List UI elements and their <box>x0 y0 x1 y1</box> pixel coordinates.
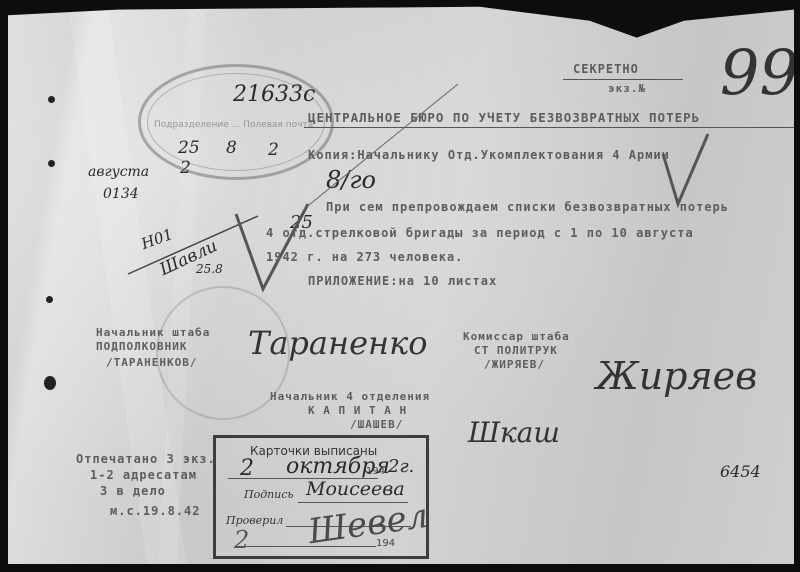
center-signer-name: /ШАШЕВ/ <box>350 418 403 431</box>
right-signature: Жиряев <box>596 354 757 398</box>
cards-year-suffix: 2г. <box>388 456 414 477</box>
right-signer-name: /ЖИРЯЕВ/ <box>484 358 545 371</box>
left-signer-name: /ТАРАНЕНКОВ/ <box>106 356 197 369</box>
center-signer-title: Начальник 4 отделения <box>270 390 430 403</box>
center-signer-rank: К А П И Т А Н <box>308 404 407 417</box>
body-line: При сем препровождаем списки безвозвратн… <box>326 200 729 214</box>
right-signer-title: Комиссар штаба <box>463 330 570 343</box>
cards-issued-stamp: Карточки выписаны 2 октября 194 2г. Подп… <box>213 435 429 559</box>
body-line: 1942 г. на 273 человека. <box>266 250 463 264</box>
checked-day: 2 <box>234 526 249 554</box>
printing-note: м.с.19.8.42 <box>110 504 200 518</box>
printing-note: 3 в дело <box>100 484 166 498</box>
printing-note: Отпечатано 3 экз. <box>76 452 216 466</box>
attachment-line: ПРИЛОЖЕНИЕ:на 10 листах <box>308 274 497 288</box>
cards-year-prefix: 194 <box>366 466 385 477</box>
cards-signature: Моисеева <box>306 478 405 500</box>
right-signer-rank: СТ ПОЛИТРУК <box>474 344 558 357</box>
left-signer-title: Начальник штаба <box>96 326 210 339</box>
printing-note: 1-2 адресатам <box>90 468 197 482</box>
checked-signature: Шевел <box>306 496 431 552</box>
left-signature: Тараненко <box>248 324 427 362</box>
cards-date-day: 2 <box>240 456 254 481</box>
document-sheet: СЕКРЕТНО экз.№ 99 ЦЕНТРАЛЬНОЕ БЮРО ПО УЧ… <box>8 4 794 564</box>
body-line: 4 отд.стрелковой бригады за период с 1 п… <box>266 226 694 240</box>
center-signature: Шкаш <box>468 416 560 449</box>
footer-number: 6454 <box>720 462 761 481</box>
left-signer-rank: ПОДПОЛКОВНИК <box>96 340 187 353</box>
checked-date-line <box>236 546 376 547</box>
signature-label: Подпись <box>244 488 294 501</box>
